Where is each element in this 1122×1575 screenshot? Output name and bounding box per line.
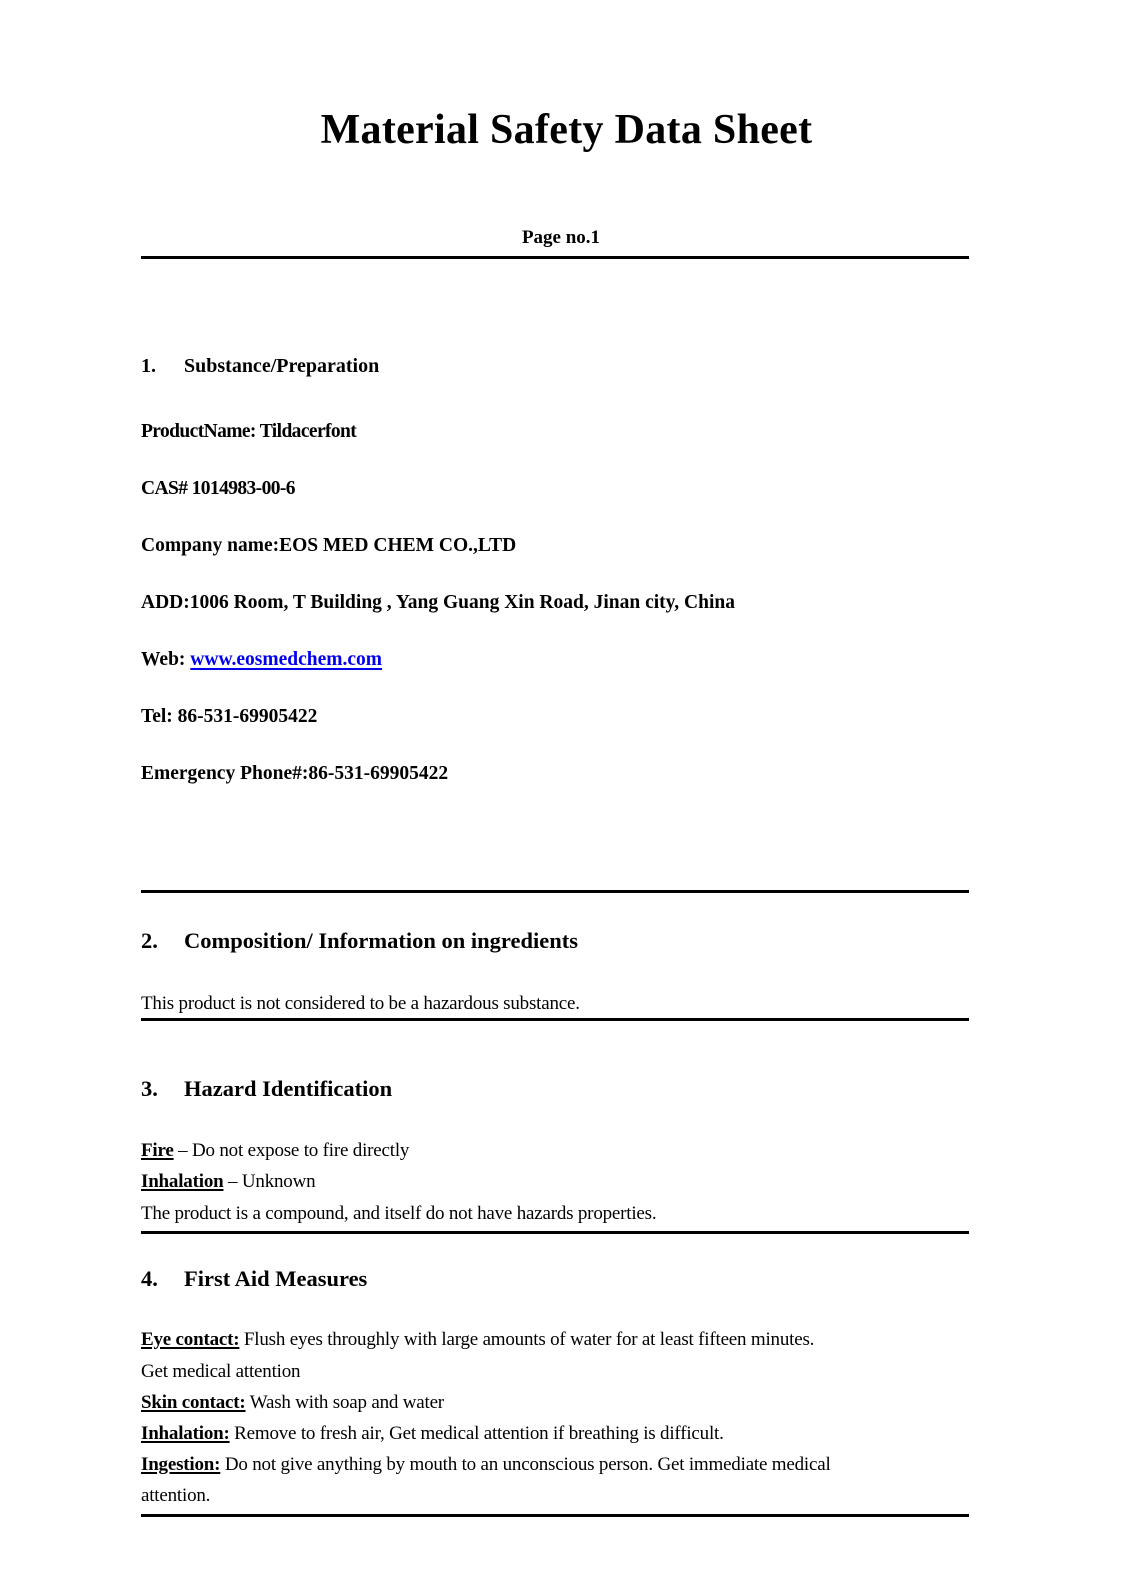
section-3-number: 3. — [141, 1076, 184, 1102]
first-aid-eye-continued: Get medical attention — [141, 1361, 300, 1383]
web-line: Web: www.eosmedchem.com — [141, 649, 382, 671]
section-2-heading: 2.Composition/ Information on ingredient… — [141, 928, 578, 954]
website-link[interactable]: www.eosmedchem.com — [190, 649, 382, 670]
section-1-divider — [141, 890, 969, 893]
inhalation-label: Inhalation: — [141, 1423, 230, 1444]
hazard-fire-text: – Do not expose to fire directly — [174, 1140, 410, 1161]
first-aid-skin: Skin contact: Wash with soap and water — [141, 1392, 444, 1414]
page-number: Page no.1 — [0, 227, 1122, 249]
section-4-divider — [141, 1514, 969, 1517]
section-4-number: 4. — [141, 1266, 184, 1292]
telephone: Tel: 86-531-69905422 — [141, 706, 317, 728]
section-2-number: 2. — [141, 928, 184, 954]
cas-number: CAS# 1014983-00-6 — [141, 478, 295, 500]
first-aid-ingestion-continued: attention. — [141, 1485, 210, 1507]
web-label: Web: — [141, 649, 190, 670]
eye-contact-label: Eye contact: — [141, 1329, 239, 1350]
ingestion-label: Ingestion: — [141, 1454, 220, 1475]
composition-text: This product is not considered to be a h… — [141, 993, 580, 1015]
product-name: ProductName: Tildacerfont — [141, 421, 356, 443]
section-1-title: Substance/Preparation — [184, 355, 379, 377]
section-1-heading: 1.Substance/Preparation — [141, 355, 379, 378]
first-aid-inhalation: Inhalation: Remove to fresh air, Get med… — [141, 1423, 724, 1445]
hazard-note: The product is a compound, and itself do… — [141, 1203, 656, 1225]
hazard-inhalation: Inhalation – Unknown — [141, 1171, 315, 1193]
company-address: ADD:1006 Room, T Building , Yang Guang X… — [141, 592, 735, 614]
eye-contact-text: Flush eyes throughly with large amounts … — [239, 1329, 814, 1350]
hazard-inhalation-label: Inhalation — [141, 1171, 223, 1192]
section-3-heading: 3.Hazard Identification — [141, 1076, 392, 1102]
hazard-fire-label: Fire — [141, 1140, 174, 1161]
hazard-fire: Fire – Do not expose to fire directly — [141, 1140, 409, 1162]
first-aid-ingestion: Ingestion: Do not give anything by mouth… — [141, 1454, 831, 1476]
section-2-divider — [141, 1018, 969, 1021]
section-4-heading: 4.First Aid Measures — [141, 1266, 367, 1292]
section-4-title: First Aid Measures — [184, 1266, 367, 1291]
header-divider — [141, 256, 969, 259]
inhalation-text: Remove to fresh air, Get medical attenti… — [230, 1423, 724, 1444]
document-title: Material Safety Data Sheet — [0, 106, 1122, 154]
ingestion-text: Do not give anything by mouth to an unco… — [220, 1454, 830, 1475]
skin-contact-label: Skin contact: — [141, 1392, 246, 1413]
emergency-phone: Emergency Phone#:86-531-69905422 — [141, 763, 448, 785]
company-name: Company name:EOS MED CHEM CO.,LTD — [141, 535, 516, 557]
section-3-divider — [141, 1231, 969, 1234]
skin-contact-text: Wash with soap and water — [246, 1392, 444, 1413]
hazard-inhalation-text: – Unknown — [223, 1171, 315, 1192]
section-3-title: Hazard Identification — [184, 1076, 392, 1101]
section-2-title: Composition/ Information on ingredients — [184, 928, 578, 953]
first-aid-eye: Eye contact: Flush eyes throughly with l… — [141, 1329, 814, 1351]
section-1-number: 1. — [141, 355, 184, 378]
